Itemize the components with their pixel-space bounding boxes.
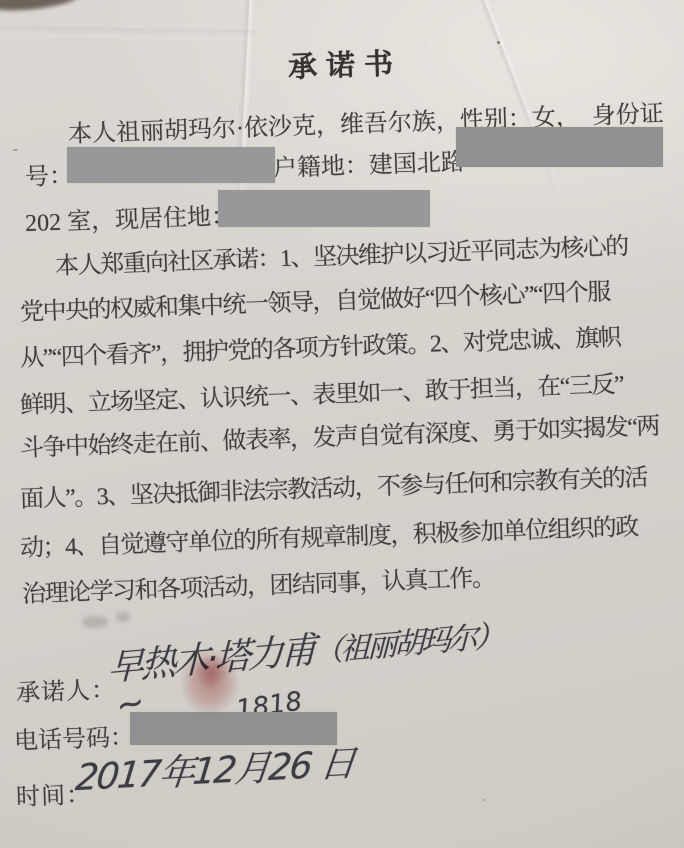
dust-speck: [483, 799, 485, 801]
corner-shadow: [0, 0, 79, 13]
household-label: 户籍地：建国北路: [273, 150, 466, 183]
redaction-box-current-address: [218, 190, 430, 227]
page-title: 承诺书: [287, 41, 402, 86]
redaction-box-household-address: [456, 127, 663, 167]
intro-address-line: 202 室，现居住地：: [24, 196, 235, 238]
signer-label: 承诺人：: [15, 670, 116, 708]
body-line: 治理论学习和各项活动，团结同事，认真工作。: [21, 558, 494, 609]
body-line: 从”“四个看齐”，拥护党的各项方针政策。2、对党忠诚、旗帜: [19, 317, 620, 373]
signature-paren: （祖丽胡玛尔）: [313, 618, 502, 670]
body-line: 面人”。3、坚决抵御非法宗教活动，不参与任何和宗教有关的活: [19, 457, 647, 514]
signature-handwriting: 早热木·塔力甫（祖丽胡玛尔）: [108, 605, 503, 691]
document-photo: 承诺书 本人祖丽胡玛尔·依沙克，维吾尔族，性别：女， 身份证 号：户籍地：建国北…: [0, 0, 684, 848]
body-line: 动；4、自觉遵守单位的所有规章制度，积极参加单位组织的政: [19, 506, 638, 563]
fold-band-top: [0, 26, 255, 40]
ink-bleed-mark: [116, 612, 130, 622]
dust-speck: [13, 149, 18, 151]
body-line: 党中央的权威和集中统一领导，自觉做好“四个核心”“四个服: [19, 271, 610, 327]
fingerprint-stamp: [181, 649, 239, 715]
dust-speck: [33, 787, 36, 790]
ink-bleed-mark: [82, 616, 108, 628]
redaction-box-id-number: [67, 147, 275, 183]
dust-speck: [497, 41, 500, 44]
